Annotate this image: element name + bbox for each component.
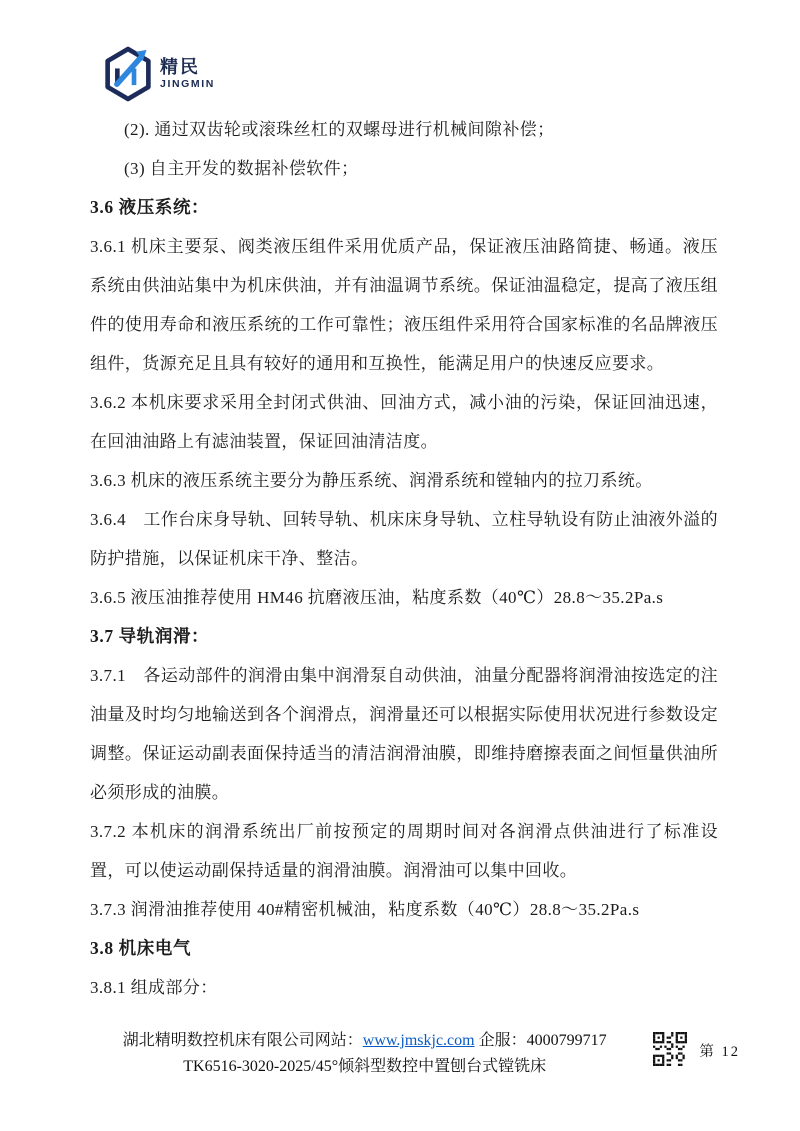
- page-footer: 湖北精明数控机床有限公司网站：www.jmskjc.com 企服：4000799…: [88, 1028, 740, 1080]
- page-number: 第 12: [699, 1040, 740, 1061]
- footer-line1: 湖北精明数控机床有限公司网站：www.jmskjc.com 企服：4000799…: [88, 1028, 641, 1054]
- company-logo: 精民 JINGMIN: [103, 46, 215, 102]
- section-heading: 3.6 液压系统：: [90, 188, 718, 227]
- paragraph: 3.7.1 各运动部件的润滑由集中润滑泵自动供油，油量分配器将润滑油按选定的注油…: [90, 656, 718, 812]
- brand-name-en: JINGMIN: [160, 79, 215, 90]
- website-link[interactable]: www.jmskjc.com: [363, 1032, 475, 1049]
- paragraph: 3.8.1 组成部分：: [90, 968, 718, 1007]
- footer-line2: TK6516-3020-2025/45°倾斜型数控中置刨台式镗铣床: [88, 1054, 641, 1080]
- paragraph: 3.6.4 工作台床身导轨、回转导轨、机床床身导轨、立柱导轨设有防止油液外溢的防…: [90, 500, 718, 578]
- paragraph: 3.6.2 本机床要求采用全封闭式供油、回油方式，减小油的污染，保证回油迅速，在…: [90, 383, 718, 461]
- footer-company: 湖北精明数控机床有限公司网站：: [123, 1032, 363, 1049]
- paragraph: (3) 自主开发的数据补偿软件；: [90, 149, 718, 188]
- section-heading: 3.8 机床电气: [90, 929, 718, 968]
- paragraph: 3.6.3 机床的液压系统主要分为静压系统、润滑系统和镗轴内的拉刀系统。: [90, 461, 718, 500]
- brand-name-cn: 精民: [160, 58, 215, 76]
- paragraph: 3.7.2 本机床的润滑系统出厂前按预定的周期时间对各润滑点供油进行了标准设置，…: [90, 812, 718, 890]
- paragraph: 3.6.5 液压油推荐使用 HM46 抗磨液压油，粘度系数（40℃）28.8～3…: [90, 578, 718, 617]
- document-body: (2). 通过双齿轮或滚珠丝杠的双螺母进行机械间隙补偿；(3) 自主开发的数据补…: [90, 110, 718, 1007]
- section-heading: 3.7 导轨润滑：: [90, 617, 718, 656]
- qr-code-icon: [653, 1032, 687, 1066]
- footer-text: 湖北精明数控机床有限公司网站：www.jmskjc.com 企服：4000799…: [88, 1028, 641, 1080]
- paragraph: 3.6.1 机床主要泵、阀类液压组件采用优质产品，保证液压油路简捷、畅通。液压系…: [90, 227, 718, 383]
- document-page: 精民 JINGMIN (2). 通过双齿轮或滚珠丝杠的双螺母进行机械间隙补偿；(…: [0, 0, 800, 1131]
- footer-service-phone: 企服：4000799717: [475, 1032, 607, 1049]
- hexagon-m-arrow-icon: [103, 46, 153, 102]
- paragraph: 3.7.3 润滑油推荐使用 40#精密机械油，粘度系数（40℃）28.8～35.…: [90, 890, 718, 929]
- logo-text: 精民 JINGMIN: [160, 58, 215, 90]
- paragraph: (2). 通过双齿轮或滚珠丝杠的双螺母进行机械间隙补偿；: [90, 110, 718, 149]
